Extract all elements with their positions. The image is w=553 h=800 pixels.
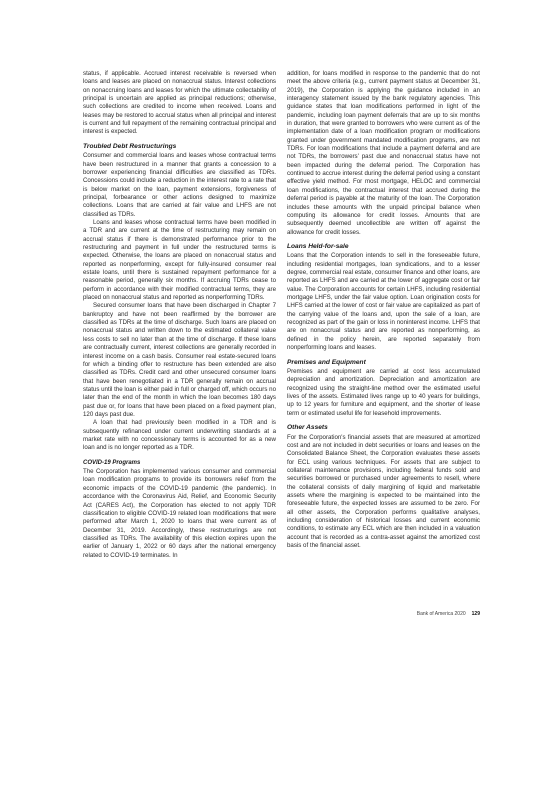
paragraph-tdr-2: Loans and leases whose contractual terms…: [83, 219, 276, 302]
heading-covid-19-programs: COVID-19 Programs: [83, 459, 276, 468]
paragraph-tdr-4: A loan that had previously been modified…: [83, 419, 276, 452]
publication-name: Bank of America 2020: [417, 611, 466, 617]
paragraph-tdr-1: Consumer and commercial loans and leases…: [83, 152, 276, 219]
document-page: status, if applicable. Accrued interest …: [0, 0, 553, 800]
paragraph-lhfs: Loans that the Corporation intends to se…: [287, 252, 480, 352]
paragraph-other-assets: For the Corporation's financial assets t…: [287, 434, 480, 551]
paragraph-covid-1: The Corporation has implemented various …: [83, 468, 276, 560]
heading-other-assets: Other Assets: [287, 424, 480, 433]
right-column: addition, for loans modified in response…: [287, 70, 480, 550]
paragraph-nonaccrual-continued: status, if applicable. Accrued interest …: [83, 70, 276, 137]
heading-loans-held-for-sale: Loans Held-for-sale: [287, 243, 480, 252]
heading-troubled-debt-restructurings: Troubled Debt Restructurings: [83, 143, 276, 152]
page-number: 129: [472, 611, 480, 617]
paragraph-covid-continued: addition, for loans modified in response…: [287, 70, 480, 237]
paragraph-tdr-3: Secured consumer loans that have been di…: [83, 302, 276, 419]
paragraph-premises: Premises and equipment are carried at co…: [287, 368, 480, 418]
left-column: status, if applicable. Accrued interest …: [83, 70, 276, 560]
page-footer: Bank of America 2020129: [400, 611, 480, 617]
heading-premises-and-equipment: Premises and Equipment: [287, 359, 480, 368]
